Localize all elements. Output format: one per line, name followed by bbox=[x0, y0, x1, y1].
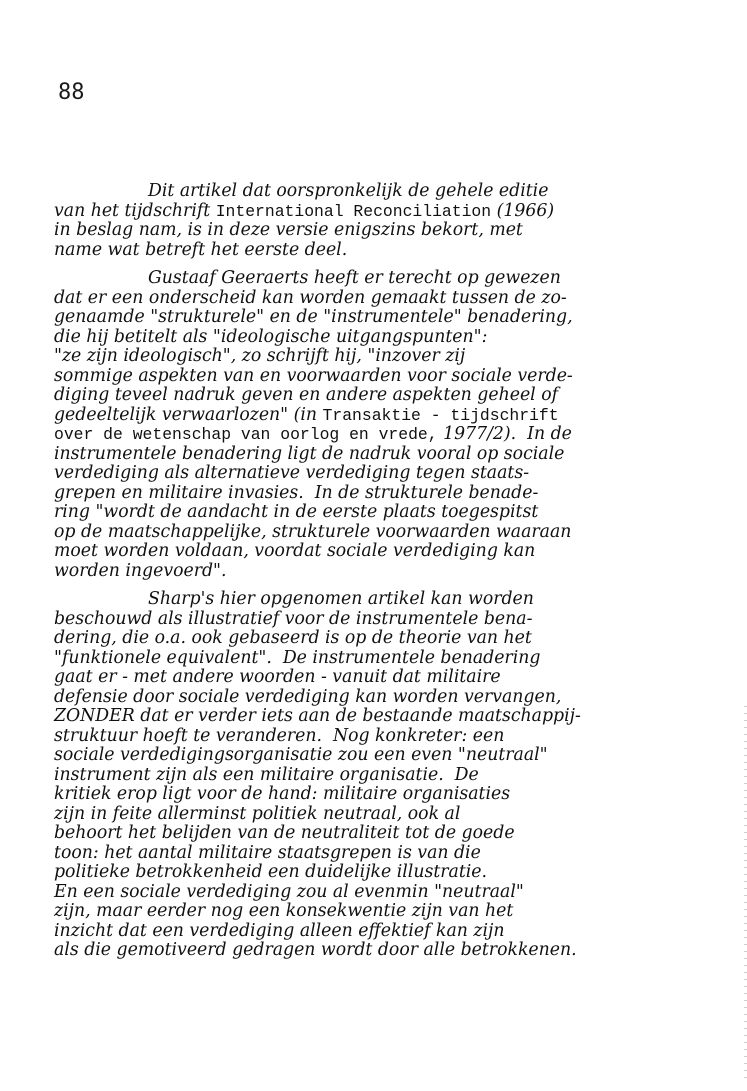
script-text: instrument zijn als een militaire organi… bbox=[54, 765, 479, 785]
text-line: over de wetenschap van oorlog en vrede, … bbox=[54, 425, 744, 445]
text-line: instrumentele benadering ligt de nadruk … bbox=[54, 445, 744, 465]
paragraph: Gustaaf Geeraerts heeft er terecht op ge… bbox=[54, 269, 744, 581]
text-line: defensie door sociale verdediging kan wo… bbox=[54, 688, 744, 708]
paragraph: Dit artikel dat oorspronkelijk de gehele… bbox=[54, 182, 744, 260]
script-text: dering, die o.a. ook gebaseerd is op de … bbox=[54, 628, 532, 648]
script-text: zijn in feite allerminst politiek neutra… bbox=[54, 804, 460, 824]
script-text: van het tijdschrift bbox=[54, 201, 216, 221]
text-line: dering, die o.a. ook gebaseerd is op de … bbox=[54, 629, 744, 649]
text-line: zijn in feite allerminst politiek neutra… bbox=[54, 805, 744, 825]
script-text: behoort het belijden van de neutraliteit… bbox=[54, 823, 515, 843]
script-text: beschouwd als illustratief voor de instr… bbox=[54, 609, 532, 629]
script-text: in beslag nam, is in deze versie enigszi… bbox=[54, 220, 523, 240]
script-text: kritiek erop ligt voor de hand: militair… bbox=[54, 784, 510, 804]
script-text: gaat er - met andere woorden - vanuit da… bbox=[54, 667, 501, 687]
script-text: sommige aspekten van en voorwaarden voor… bbox=[54, 366, 573, 386]
text-line: name wat betreft het eerste deel. bbox=[54, 241, 744, 261]
script-text: "funktionele equivalent". De instrumente… bbox=[54, 648, 540, 668]
text-line: die hij betitelt als "ideologische uitga… bbox=[54, 328, 744, 348]
text-line: ZONDER dat er verder iets aan de bestaan… bbox=[54, 707, 744, 727]
script-text: sociale verdedigingsorganisatie zou een … bbox=[54, 745, 548, 765]
script-text: defensie door sociale verdediging kan wo… bbox=[54, 687, 561, 707]
script-text: name wat betreft het eerste deel. bbox=[54, 240, 347, 260]
script-text: diging teveel nadruk geven en andere asp… bbox=[54, 385, 558, 405]
text-line: ring "wordt de aandacht in de eerste pla… bbox=[54, 503, 744, 523]
text-line: toon: het aantal militaire staatsgrepen … bbox=[54, 844, 744, 864]
text-line: grepen en militaire invasies. In de stru… bbox=[54, 484, 744, 504]
text-line: sommige aspekten van en voorwaarden voor… bbox=[54, 367, 744, 387]
script-text: inzicht dat een verdediging alleen effek… bbox=[54, 921, 505, 941]
script-text: gedeeltelijk verwaarlozen" (in bbox=[54, 405, 323, 425]
text-line: instrument zijn als een militaire organi… bbox=[54, 766, 744, 786]
text-line: moet worden voldaan, voordat sociale ver… bbox=[54, 542, 744, 562]
text-line: sociale verdedigingsorganisatie zou een … bbox=[54, 746, 744, 766]
script-text: die hij betitelt als "ideologische uitga… bbox=[54, 327, 487, 347]
typewriter-text: over de wetenschap van oorlog en vrede, bbox=[54, 425, 438, 444]
text-line: Gustaaf Geeraerts heeft er terecht op ge… bbox=[54, 269, 744, 289]
text-line: beschouwd als illustratief voor de instr… bbox=[54, 610, 744, 630]
script-text: grepen en militaire invasies. In de stru… bbox=[54, 483, 538, 503]
text-line: op de maatschappelijke, strukturele voor… bbox=[54, 523, 744, 543]
text-line: kritiek erop ligt voor de hand: militair… bbox=[54, 785, 744, 805]
text-line: Dit artikel dat oorspronkelijk de gehele… bbox=[54, 182, 744, 202]
text-line: dat er een onderscheid kan worden gemaak… bbox=[54, 289, 744, 309]
text-line: zijn, maar eerder nog een konsekwentie z… bbox=[54, 902, 744, 922]
script-text: Sharp's hier opgenomen artikel kan worde… bbox=[148, 589, 534, 609]
script-text: 1977/2). In de bbox=[438, 424, 572, 444]
text-line: verdediging als alternatieve verdediging… bbox=[54, 464, 744, 484]
article-body: Dit artikel dat oorspronkelijk de gehele… bbox=[54, 182, 744, 970]
paragraph: Sharp's hier opgenomen artikel kan worde… bbox=[54, 590, 744, 961]
script-text: Dit artikel dat oorspronkelijk de gehele… bbox=[148, 181, 548, 201]
script-text: ZONDER dat er verder iets aan de bestaan… bbox=[54, 706, 581, 726]
script-text: toon: het aantal militaire staatsgrepen … bbox=[54, 843, 481, 863]
text-line: gaat er - met andere woorden - vanuit da… bbox=[54, 668, 744, 688]
text-line: Sharp's hier opgenomen artikel kan worde… bbox=[54, 590, 744, 610]
text-line: genaamde "strukturele" en de "instrument… bbox=[54, 308, 744, 328]
script-text: En een sociale verdediging zou al evenmi… bbox=[54, 882, 524, 902]
typewriter-text: International Reconciliation bbox=[216, 202, 491, 221]
text-line: En een sociale verdediging zou al evenmi… bbox=[54, 883, 744, 903]
script-text: Gustaaf Geeraerts heeft er terecht op ge… bbox=[148, 268, 561, 288]
typewriter-text: Transaktie - tijdschrift bbox=[323, 406, 559, 425]
text-line: "funktionele equivalent". De instrumente… bbox=[54, 649, 744, 669]
text-line: politieke betrokkenheid een duidelijke i… bbox=[54, 863, 744, 883]
script-text: (1966) bbox=[491, 201, 554, 221]
page-number: 88 bbox=[58, 80, 85, 105]
script-text: instrumentele benadering ligt de nadruk … bbox=[54, 444, 564, 464]
text-line: inzicht dat een verdediging alleen effek… bbox=[54, 922, 744, 942]
script-text: politieke betrokkenheid een duidelijke i… bbox=[54, 862, 487, 882]
text-line: in beslag nam, is in deze versie enigszi… bbox=[54, 221, 744, 241]
script-text: dat er een onderscheid kan worden gemaak… bbox=[54, 288, 567, 308]
text-line: van het tijdschrift International Reconc… bbox=[54, 202, 744, 222]
script-text: genaamde "strukturele" en de "instrument… bbox=[54, 307, 573, 327]
script-text: op de maatschappelijke, strukturele voor… bbox=[54, 522, 571, 542]
script-text: ring "wordt de aandacht in de eerste pla… bbox=[54, 502, 538, 522]
text-line: gedeeltelijk verwaarlozen" (in Transakti… bbox=[54, 406, 744, 426]
script-text: zijn, maar eerder nog een konsekwentie z… bbox=[54, 901, 513, 921]
script-text: moet worden voldaan, voordat sociale ver… bbox=[54, 541, 535, 561]
text-line: als die gemotiveerd gedragen wordt door … bbox=[54, 941, 744, 961]
script-text: als die gemotiveerd gedragen wordt door … bbox=[54, 940, 577, 960]
text-line: worden ingevoerd". bbox=[54, 562, 744, 582]
text-line: struktuur hoeft te veranderen. Nog konkr… bbox=[54, 727, 744, 747]
script-text: verdediging als alternatieve verdediging… bbox=[54, 463, 529, 483]
script-text: struktuur hoeft te veranderen. Nog konkr… bbox=[54, 726, 504, 746]
script-text: "ze zijn ideologisch", zo schrijft hij, … bbox=[54, 346, 465, 366]
script-text: worden ingevoerd". bbox=[54, 561, 226, 581]
text-line: diging teveel nadruk geven en andere asp… bbox=[54, 386, 744, 406]
text-line: behoort het belijden van de neutraliteit… bbox=[54, 824, 744, 844]
text-line: "ze zijn ideologisch", zo schrijft hij, … bbox=[54, 347, 744, 367]
